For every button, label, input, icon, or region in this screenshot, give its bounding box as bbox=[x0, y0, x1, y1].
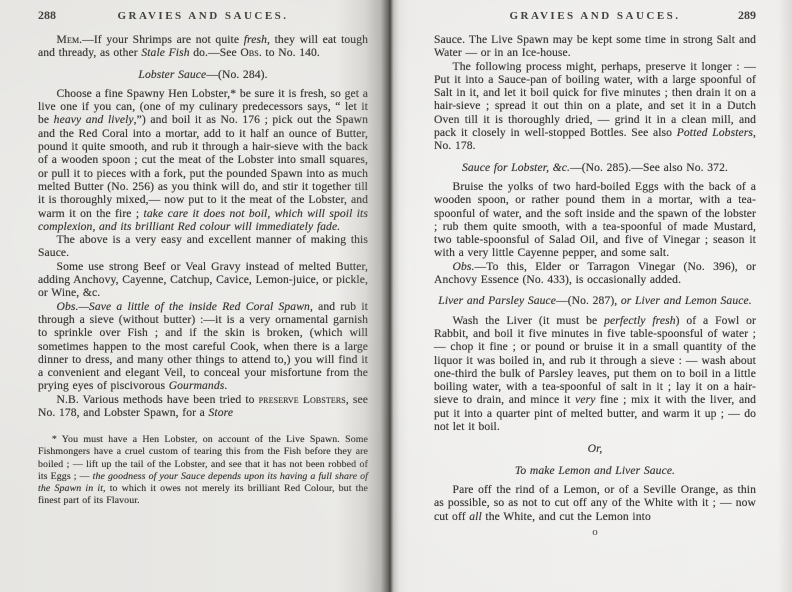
easy-manner-paragraph: The above is a very easy and excellent m… bbox=[38, 233, 368, 260]
egg-yolk-paragraph: Bruise the yolks of two hard-boiled Eggs… bbox=[434, 180, 756, 260]
mem-note-paragraph: Mem.—If your Shrimps are not quite fresh… bbox=[38, 33, 368, 60]
nb-paragraph: N.B. Various methods have been tried to … bbox=[38, 393, 368, 420]
liver-parsley-heading: Liver and Parsley Sauce—(No. 287), or Li… bbox=[434, 294, 756, 307]
right-page-header: GRAVIES AND SAUCES. 289 bbox=[434, 8, 756, 26]
lemon-liver-heading: To make Lemon and Liver Sauce. bbox=[434, 464, 756, 477]
left-page-text-column: Mem.—If your Shrimps are not quite fresh… bbox=[38, 33, 368, 507]
running-head-left: GRAVIES AND SAUCES. bbox=[78, 10, 328, 22]
page-number-left: 288 bbox=[38, 8, 78, 23]
lobster-sauce-paragraph: Choose a fine Spawny Hen Lobster,* be su… bbox=[38, 87, 368, 233]
liver-paragraph: Wash the Liver (it must be perfectly fre… bbox=[434, 314, 756, 434]
gravy-variant-paragraph: Some use strong Beef or Veal Gravy inste… bbox=[38, 260, 368, 300]
book-scan: 288 GRAVIES AND SAUCES. Mem.—If your Shr… bbox=[0, 0, 792, 592]
or-heading: Or, bbox=[434, 442, 756, 455]
obs-vinegar-paragraph: Obs.—To this, Elder or Tarragon Vinegar … bbox=[434, 260, 756, 287]
lemon-rind-paragraph: Pare off the rind of a Lemon, or of a Se… bbox=[434, 483, 756, 523]
lobster-sauce-heading: Lobster Sauce—(No. 284). bbox=[38, 68, 368, 81]
page-gutter-shadow bbox=[336, 0, 408, 592]
hen-lobster-footnote: * You must have a Hen Lobster, on accoun… bbox=[38, 434, 368, 507]
signature-mark: o bbox=[434, 526, 756, 538]
page-number-right: 289 bbox=[716, 8, 756, 23]
obs-paragraph: Obs.—Save a little of the inside Red Cor… bbox=[38, 300, 368, 393]
running-head-right: GRAVIES AND SAUCES. bbox=[474, 10, 716, 22]
page-edge-shadow bbox=[778, 0, 792, 592]
preserving-process-paragraph: The following process might, perhaps, pr… bbox=[434, 60, 756, 153]
store-continuation-paragraph: Sauce. The Live Spawn may be kept some t… bbox=[434, 33, 756, 60]
sauce-for-lobster-heading: Sauce for Lobster, &c.—(No. 285).—See al… bbox=[434, 161, 756, 174]
left-page-header: 288 GRAVIES AND SAUCES. bbox=[38, 8, 368, 26]
page-right: GRAVIES AND SAUCES. 289 Sauce. The Live … bbox=[396, 0, 792, 592]
right-page-text-column: Sauce. The Live Spawn may be kept some t… bbox=[434, 33, 756, 523]
